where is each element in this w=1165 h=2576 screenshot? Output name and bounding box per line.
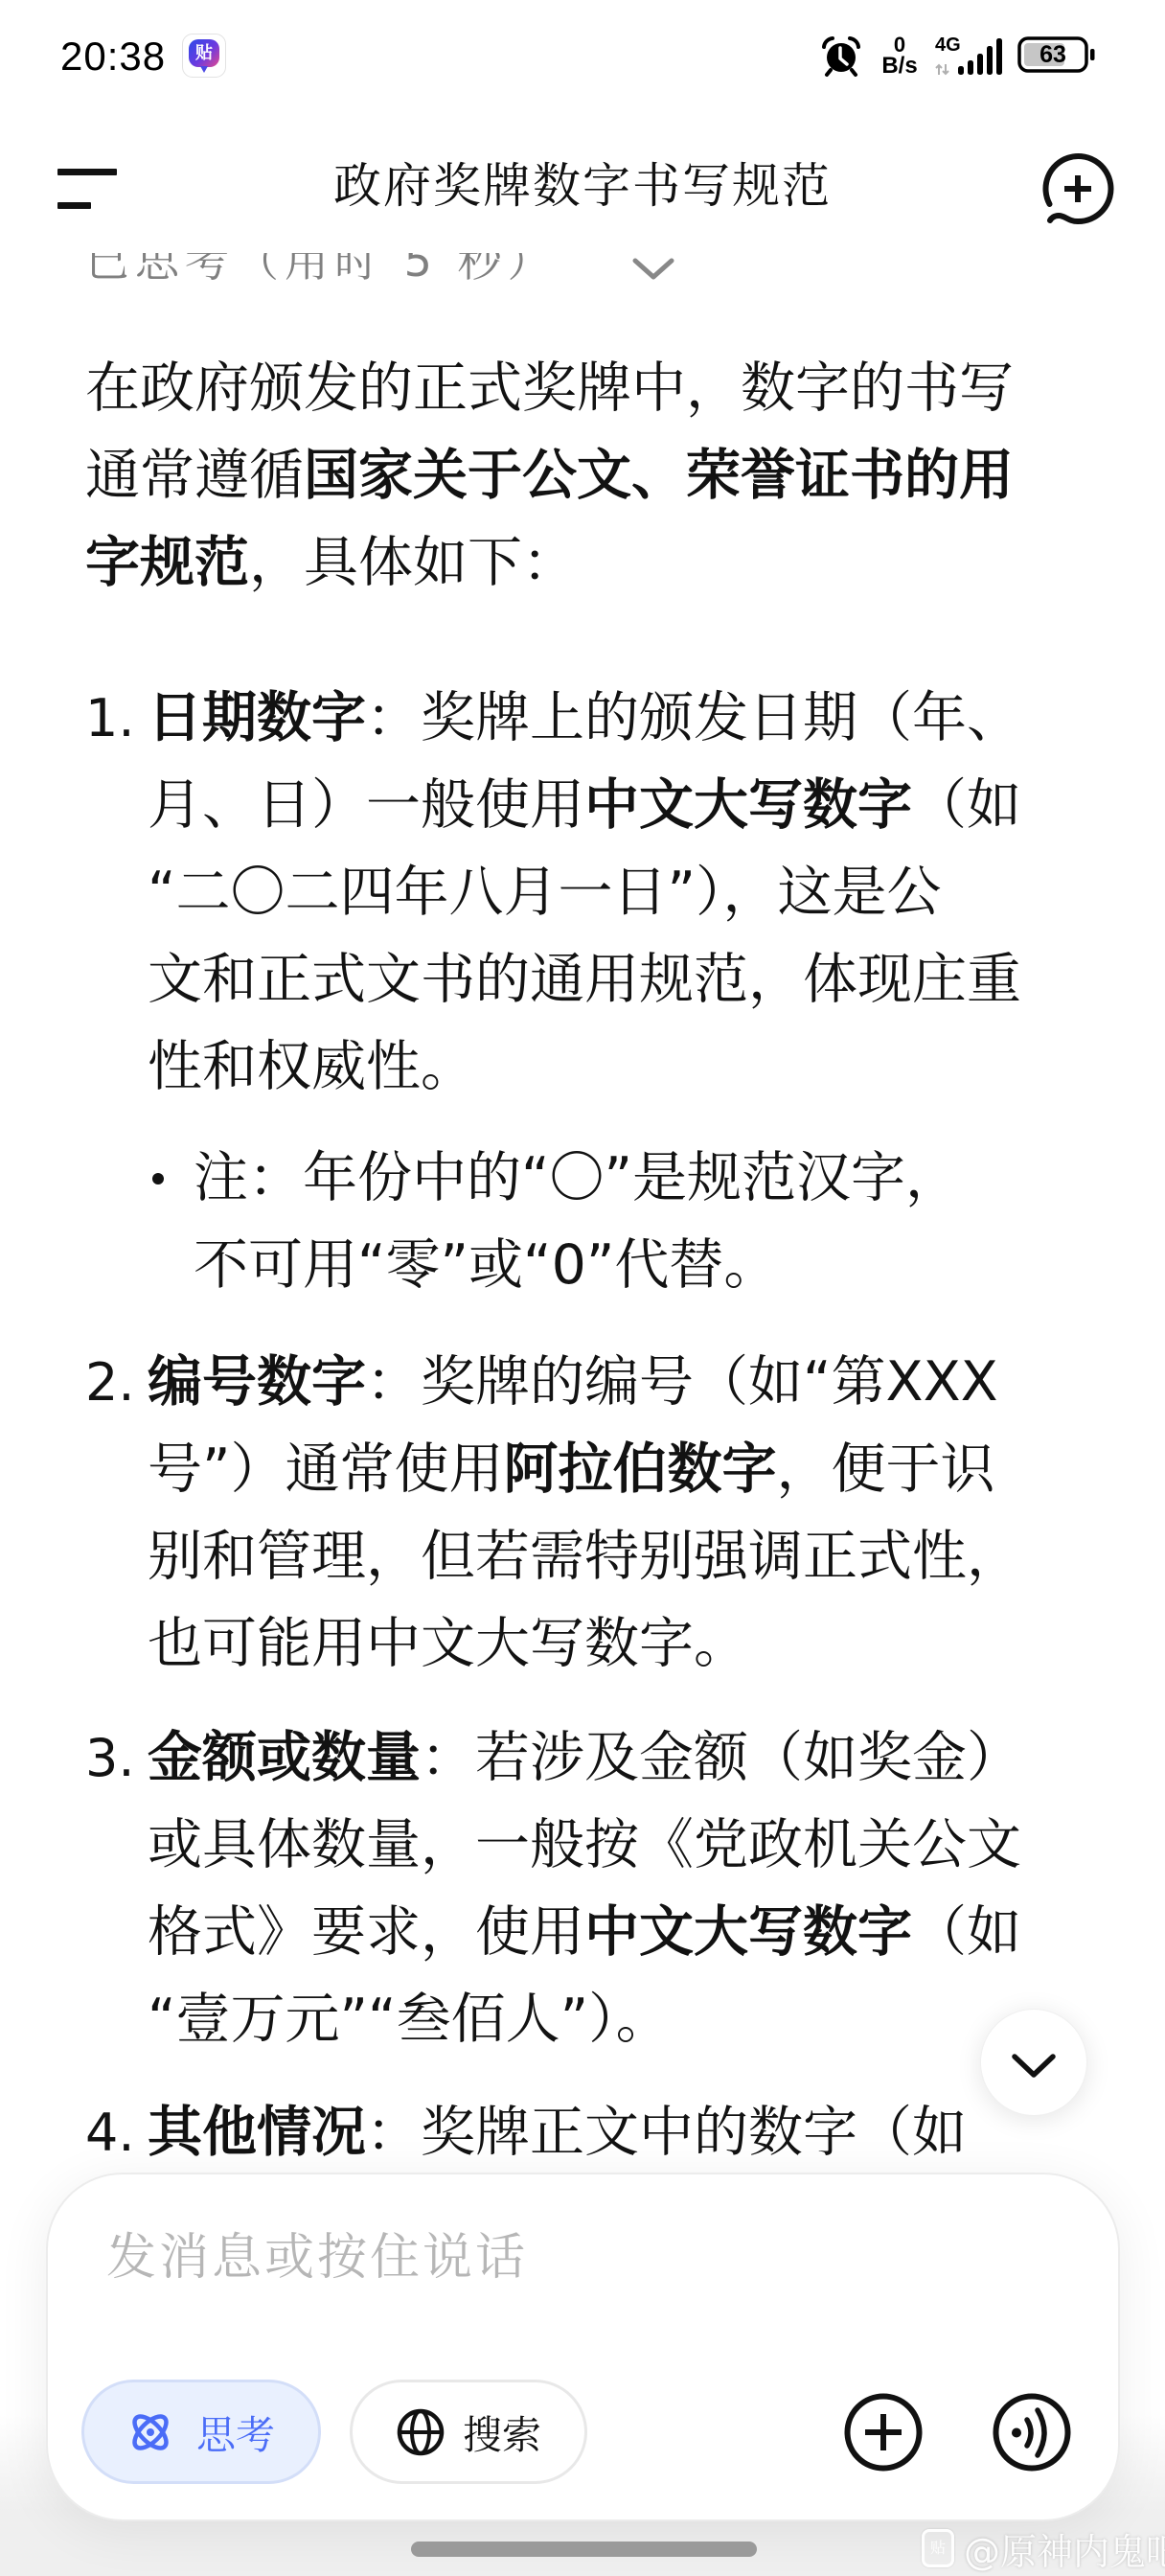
- bold-text-run: 编号数字: [148, 1350, 366, 1414]
- text-line: 或具体数量，一般按《党政机关公文: [148, 1802, 1101, 1889]
- deep-think-toggle[interactable]: 思考: [81, 2380, 321, 2484]
- chevron-down-icon: [1012, 2054, 1056, 2079]
- text-run: “壹万元”“叁佰人”）。: [148, 1988, 671, 2051]
- text-run: 不可用“零”或“0”代替。: [194, 1233, 778, 1297]
- text-line: 其他情况：奖牌正文中的数字（如: [148, 2089, 1101, 2176]
- message-composer: 思考 搜索: [46, 2173, 1120, 2521]
- battery-indicator: 63: [1017, 35, 1096, 74]
- text-run: ：奖牌的编号（如“第XXX: [366, 1350, 998, 1414]
- search-button-label: 搜索: [463, 2403, 541, 2460]
- voice-wave-icon: [993, 2393, 1071, 2472]
- list-item-serial-numbers: 2. 编号数字：奖牌的编号（如“第XXX 号”）通常使用阿拉伯数字，便于识 别和…: [85, 1339, 1101, 1688]
- list-number: 2.: [85, 1339, 135, 1426]
- alarm-clock-icon: [819, 34, 863, 78]
- text-line: 字规范，具体如下：: [85, 519, 1101, 607]
- bold-text-run: 金额或数量: [148, 1726, 421, 1789]
- text-run: （如: [912, 1900, 1021, 1964]
- tieba-app-icon: 贴: [182, 34, 226, 78]
- network-speed: 0 B/s: [876, 35, 924, 78]
- attach-button[interactable]: [844, 2393, 923, 2472]
- text-run: 别和管理，但若需特别强调正式性，: [148, 1525, 1021, 1588]
- list-item-date-numbers: 1. 日期数字：奖牌上的颁发日期（年、 月、日）一般使用中文大写数字（如 “二〇…: [85, 675, 1101, 1309]
- text-line: “壹万元”“叁佰人”）。: [148, 1976, 1101, 2063]
- tieba-watermark-icon: 贴: [922, 2529, 954, 2567]
- bold-text-run: 国家关于公文、荣誉证书的用: [304, 444, 1014, 507]
- text-run: ：奖牌上的颁发日期（年、: [366, 686, 1021, 749]
- text-line: 通常遵循国家关于公文、荣誉证书的用: [85, 432, 1101, 519]
- message-input[interactable]: [106, 2227, 1055, 2288]
- text-line: 在政府颁发的正式奖牌中，数字的书写: [85, 345, 1101, 432]
- list-number: 3.: [85, 1714, 135, 1802]
- text-run: ，具体如下：: [249, 531, 577, 594]
- text-line: 性和权威性。: [148, 1023, 1101, 1111]
- bold-text-run: 日期数字: [148, 686, 366, 749]
- bold-text-run: 字规范: [85, 531, 249, 594]
- text-run: ：奖牌正文中的数字（如: [366, 2101, 967, 2164]
- bold-text-run: 中文大写数字: [584, 1900, 912, 1964]
- text-run: “二〇二四年八月一日”），这是公: [148, 861, 942, 924]
- numbered-list: 1. 日期数字：奖牌上的颁发日期（年、 月、日）一般使用中文大写数字（如 “二〇…: [85, 675, 1101, 2176]
- text-run: 格式》要求，使用: [148, 1900, 584, 1964]
- text-run: 或具体数量，一般按《党政机关公文: [148, 1813, 1021, 1876]
- text-run: （如: [912, 773, 1021, 837]
- text-line: 格式》要求，使用中文大写数字（如: [148, 1889, 1101, 1976]
- text-line: 文和正式文书的通用规范，体现庄重: [148, 936, 1101, 1023]
- text-run: 在政府颁发的正式奖牌中，数字的书写: [85, 356, 1014, 420]
- text-line: 不可用“零”或“0”代替。: [194, 1222, 1101, 1309]
- voice-input-button[interactable]: [993, 2393, 1071, 2472]
- text-run: 也可能用中文大写数字。: [148, 1612, 748, 1675]
- plus-circle-icon: [844, 2393, 923, 2472]
- clock-time: 20:38: [60, 33, 166, 80]
- list-item-other-cases: 4. 其他情况：奖牌正文中的数字（如: [85, 2089, 1101, 2176]
- web-search-toggle[interactable]: 搜索: [350, 2380, 587, 2484]
- text-run: 号”）通常使用: [148, 1437, 504, 1501]
- atom-icon: [127, 2409, 173, 2455]
- conversation-title: 政府奖牌数字书写规范: [0, 157, 1165, 215]
- assistant-message: 在政府颁发的正式奖牌中，数字的书写 通常遵循国家关于公文、荣誉证书的用 字规范，…: [85, 345, 1101, 2176]
- home-indicator[interactable]: [411, 2541, 757, 2557]
- globe-icon: [396, 2407, 445, 2457]
- text-line: 别和管理，但若需特别强调正式性，: [148, 1513, 1101, 1600]
- text-run: ，便于识: [777, 1437, 995, 1501]
- intro-paragraph: 在政府颁发的正式奖牌中，数字的书写 通常遵循国家关于公文、荣誉证书的用 字规范，…: [85, 345, 1101, 607]
- think-button-label: 思考: [196, 2403, 275, 2460]
- status-bar: 20:38 贴 0 B/s 4G 63: [0, 0, 1165, 96]
- text-run: 文和正式文书的通用规范，体现庄重: [148, 948, 1021, 1011]
- tieba-bubble-icon: 贴: [189, 39, 219, 67]
- bold-text-run: 中文大写数字: [584, 773, 912, 837]
- signal-bars-icon: [934, 34, 1007, 77]
- text-line: 号”）通常使用阿拉伯数字，便于识: [148, 1426, 1101, 1513]
- text-run: 月、日）一般使用: [148, 773, 584, 837]
- scroll-to-bottom-button[interactable]: [980, 2009, 1087, 2116]
- text-run: 通常遵循: [85, 444, 304, 507]
- text-line: 金额或数量：若涉及金额（如奖金）: [148, 1714, 1101, 1802]
- text-line: “二〇二四年八月一日”），这是公: [148, 849, 1101, 936]
- network-speed-value: 0: [876, 35, 924, 55]
- chevron-down-icon: [632, 258, 674, 281]
- text-line: 月、日）一般使用中文大写数字（如: [148, 762, 1101, 849]
- bold-text-run: 阿拉伯数字: [504, 1437, 777, 1501]
- sub-bullet-note: 注：年份中的“〇”是规范汉字， 不可用“零”或“0”代替。: [148, 1135, 1101, 1309]
- text-run: 性和权威性。: [148, 1035, 475, 1098]
- watermark-text: @原神内鬼吧: [964, 2522, 1165, 2575]
- text-line: 注：年份中的“〇”是规范汉字，: [194, 1135, 1101, 1222]
- network-speed-unit: B/s: [876, 55, 924, 78]
- text-run: ：若涉及金额（如奖金）: [421, 1726, 1021, 1789]
- list-number: 4.: [85, 2089, 135, 2176]
- watermark: 贴 @原神内鬼吧: [922, 2526, 1165, 2570]
- bullet-dot-icon: [152, 1173, 164, 1184]
- text-line: 编号数字：奖牌的编号（如“第XXX: [148, 1339, 1101, 1426]
- text-line: 也可能用中文大写数字。: [148, 1600, 1101, 1688]
- new-chat-icon: [1039, 150, 1116, 227]
- list-item-amounts: 3. 金额或数量：若涉及金额（如奖金） 或具体数量，一般按《党政机关公文 格式》…: [85, 1714, 1101, 2063]
- text-line: 日期数字：奖牌上的颁发日期（年、: [148, 675, 1101, 762]
- bold-text-run: 其他情况: [148, 2101, 366, 2164]
- new-chat-button[interactable]: [1039, 150, 1116, 227]
- battery-level: 63: [1017, 35, 1088, 74]
- text-run: 注：年份中的“〇”是规范汉字，: [194, 1146, 960, 1209]
- list-number: 1.: [85, 675, 135, 762]
